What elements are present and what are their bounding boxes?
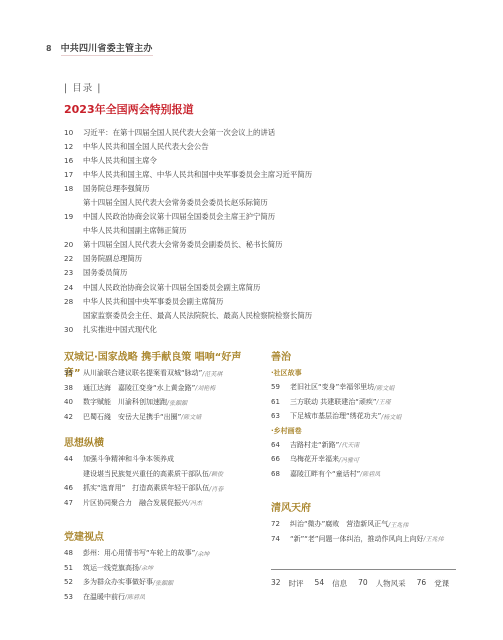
section-title-shanzhi: 善治	[271, 350, 481, 366]
entry-page: 47	[64, 499, 83, 507]
footer-page: 70	[358, 578, 368, 589]
entry-page: 72	[271, 520, 290, 528]
footer-page: 76	[417, 578, 427, 589]
entry-page: 59	[271, 383, 290, 391]
entry-author: /余坤	[195, 549, 209, 558]
toc-entry[interactable]: 48彭州：用心用情书写“车轮上的故事”/余坤	[64, 546, 254, 561]
entry-title: 吉路村走“新路”	[290, 440, 339, 450]
toc-entry[interactable]: 74“新”“老”问题一体纠治，推动作风向上向好/王兆伟	[271, 532, 481, 547]
toc-entry[interactable]: 20第十四届全国人民代表大会常务委员会副委员长、秘书长简历	[64, 238, 464, 252]
entry-author: /张銦銦	[167, 398, 187, 407]
spacer	[271, 481, 481, 501]
entry-page: 42	[64, 413, 83, 421]
toc-entry[interactable]: 66乌梅花开幸福来/冯雅可	[271, 452, 481, 467]
entry-title: 扎实推进中国式现代化	[83, 324, 157, 335]
toc-entry[interactable]: 35从川渝联合建议联名提案看双城“脉动”/范芙琪	[64, 366, 254, 381]
entry-page: 22	[64, 254, 83, 263]
entry-page: 10	[64, 128, 83, 137]
entry-author: /陈文娟	[374, 383, 394, 392]
entry-author: /余坤	[139, 563, 153, 572]
entry-author: /冯雅可	[339, 455, 359, 464]
entry-title: 建设堪当民族复兴重任的高素质干部队伍	[83, 469, 209, 479]
page-number: 8	[46, 44, 52, 53]
toc-entry[interactable]: 44加强斗争精神和斗争本领养成	[64, 452, 254, 467]
entry-page: 19	[64, 212, 83, 221]
entry-page: 51	[64, 564, 83, 572]
entry-page: 61	[271, 398, 290, 406]
entry-title: 中华人民共和国主席令	[83, 155, 157, 166]
toc-entry[interactable]: 中华人民共和国副主席韩正简历	[64, 224, 464, 238]
toc-entry[interactable]: 17中华人民共和国主席、中华人民共和国中央军事委员会主席习近平简历	[64, 167, 464, 181]
section-title-dangjian: 党建视点	[64, 530, 254, 546]
entry-page: 18	[64, 184, 83, 193]
entry-title: 国务院副总理简历	[83, 253, 142, 264]
toc-entry[interactable]: 24中国人民政治协商会议第十四届全国委员会副主席简历	[64, 280, 464, 294]
entry-author: /代天南	[339, 440, 359, 449]
entry-author: /陈碧凤	[125, 592, 145, 601]
entry-page: 40	[64, 398, 83, 406]
entry-title: 中华人民共和国中央军事委员会副主席简历	[83, 296, 223, 307]
toc-entry[interactable]: 国家监察委员会主任、最高人民法院院长、最高人民检察院检察长简历	[64, 308, 464, 322]
toc-entry[interactable]: 10习近平：在第十四届全国人民代表大会第一次会议上的讲话	[64, 125, 464, 139]
entry-title: 片区协同聚合力 融合发展促振兴	[83, 498, 188, 508]
toc-entry[interactable]: 30扎实推进中国式现代化	[64, 322, 464, 336]
toc-entry[interactable]: 16中华人民共和国主席令	[64, 153, 464, 167]
toc-entry[interactable]: 19中国人民政治协商会议第十四届全国委员会主席王沪宁简历	[64, 210, 464, 224]
footer-label: 时评	[289, 578, 304, 589]
entry-page: 53	[64, 593, 83, 601]
toc-entry[interactable]: 第十四届全国人民代表大会常务委员会委员长赵乐际简历	[64, 195, 464, 209]
entry-title: 从川渝联合建议联名提案看双城“脉动”	[83, 368, 202, 378]
entry-author: /范芙琪	[202, 369, 222, 378]
toc-entry[interactable]: 建设堪当民族复兴重任的高素质干部队伍/赖俊	[64, 467, 254, 482]
entry-title: 加强斗争精神和斗争本领养成	[83, 454, 174, 464]
section-title-shuangchengji: 双城记·国家战略 携手献良策 唱响“好声音”	[64, 350, 254, 366]
toc-entry[interactable]: 53在温暖中前行/陈碧凤	[64, 590, 254, 605]
entry-author: /张銦銦	[153, 578, 173, 587]
page-header: 8 中共四川省委主管主办	[46, 41, 153, 56]
left-column: 双城记·国家战略 携手献良策 唱响“好声音” 35从川渝联合建议联名提案看双城“…	[64, 350, 254, 604]
entry-title: 彭州：用心用情书写“车轮上的故事”	[83, 548, 195, 558]
entry-title: 中华人民共和国主席、中华人民共和国中央军事委员会主席习近平简历	[83, 169, 312, 180]
entry-title: 第十四届全国人民代表大会常务委员会副委员长、秘书长简历	[83, 239, 283, 250]
entry-page: 44	[64, 455, 83, 463]
toc-entry[interactable]: 12中华人民共和国全国人民代表大会公告	[64, 139, 464, 153]
entry-page: 63	[271, 412, 290, 420]
entry-title: 在温暖中前行	[83, 592, 125, 602]
toc-entry[interactable]: 18国务院总理李强简历	[64, 181, 464, 195]
entry-author: /王瑾	[376, 397, 390, 406]
entry-title: 筑运一线党旗高扬	[83, 563, 139, 573]
entry-page: 38	[64, 384, 83, 392]
footer-page: 32	[271, 578, 281, 589]
toc-entry[interactable]: 52多为群众办实事做好事/张銦銦	[64, 575, 254, 590]
toc-entry[interactable]: 59老旧社区“变身”幸福邻里坊/陈文娟	[271, 380, 481, 395]
section-title-sixiang: 思想纵横	[64, 436, 254, 452]
toc-label: | 目录 |	[64, 80, 101, 94]
entry-title: 中国人民政治协商会议第十四届全国委员会副主席简历	[83, 282, 260, 293]
footer-nav: 32时评 54信息 70人物风采 76党课	[271, 578, 460, 589]
entry-author: /王兆伟	[388, 520, 408, 529]
toc-entry[interactable]: 42巴蜀石綫 安岳大足携手“出圈”/陈文婧	[64, 410, 254, 425]
entry-page: 12	[64, 142, 83, 151]
entry-title: 巴蜀石綫 安岳大足携手“出圈”	[83, 412, 181, 422]
toc-entry[interactable]: 51筑运一线党旗高扬/余坤	[64, 561, 254, 576]
entry-title: 国家监察委员会主任、最高人民法院院长、最高人民检察院检察长简历	[83, 310, 312, 321]
entry-title: 老旧社区“变身”幸福邻里坊	[290, 382, 374, 392]
toc-entry[interactable]: 63下足城市基层治理“绣花功夫”/杨文娟	[271, 409, 481, 424]
entry-title: 下足城市基层治理“绣花功夫”	[290, 411, 381, 421]
toc-entry[interactable]: 47片区协同聚合力 融合发展促振兴/冯杰	[64, 496, 254, 511]
toc-entry[interactable]: 22国务院副总理简历	[64, 252, 464, 266]
entry-page: 46	[64, 484, 83, 492]
entry-page: 35	[64, 369, 83, 377]
entry-author: /肖春	[209, 484, 223, 493]
entry-page: 16	[64, 156, 83, 165]
entry-title: 中国人民政治协商会议第十四届全国委员会主席王沪宁简历	[83, 211, 275, 222]
entry-author: /陈文婧	[181, 412, 201, 421]
spacer	[64, 424, 254, 436]
entry-author: /冯杰	[188, 498, 202, 507]
entry-page: 20	[64, 240, 83, 249]
toc-entry[interactable]: 28中华人民共和国中央军事委员会副主席简历	[64, 294, 464, 308]
footer-label: 人物风采	[376, 578, 406, 589]
entry-page: 74	[271, 535, 290, 543]
entry-title: 乌梅花开幸福来	[290, 454, 339, 464]
footer-item-shiping[interactable]: 32时评	[271, 578, 304, 589]
entry-title: 抓实“选育用” 打造高素质年轻干部队伍	[83, 483, 209, 493]
subsection-title-xiangcun: ·乡村画卷	[271, 424, 481, 438]
subsection-title-shequ: ·社区故事	[271, 366, 481, 380]
toc-entry[interactable]: 40数字赋能 川渝科创加速跑/张銦銦	[64, 395, 254, 410]
toc-entry[interactable]: 72纠治“微办”腐败 营造新风正气/王兆伟	[271, 517, 481, 532]
entry-page: 17	[64, 170, 83, 179]
entry-page: 30	[64, 325, 83, 334]
spacer	[64, 510, 254, 530]
special-section-list: 10习近平：在第十四届全国人民代表大会第一次会议上的讲话 12中华人民共和国全国…	[64, 125, 464, 336]
footer-item-renwu[interactable]: 70人物风采	[358, 578, 406, 589]
toc-entry[interactable]: 64吉路村走“新路”/代天南	[271, 438, 481, 453]
toc-entry[interactable]: 46抓实“选育用” 打造高素质年轻干部队伍/肖春	[64, 481, 254, 496]
section-title-qingfeng: 清风天府	[271, 501, 481, 517]
toc-entry[interactable]: 61三方联动 共建联建治“顽疾”/王瑾	[271, 395, 481, 410]
entry-title: 通江达海 嘉陵江变身“水上黄金路”	[83, 383, 195, 393]
entry-page: 52	[64, 578, 83, 586]
footer-item-xinxi[interactable]: 54信息	[315, 578, 348, 589]
footer-divider	[271, 569, 456, 570]
footer-label: 党课	[434, 578, 449, 589]
entry-title: 第十四届全国人民代表大会常务委员会委员长赵乐际简历	[83, 197, 268, 208]
entry-title: 嘉陵江畔有个“童话村”	[290, 469, 360, 479]
entry-author: /刘艳梅	[195, 383, 215, 392]
publication-title: 中共四川省委主管主办	[61, 41, 153, 56]
entry-page: 23	[64, 268, 83, 277]
entry-title: 纠治“微办”腐败 营造新风正气	[290, 519, 388, 529]
toc-entry[interactable]: 23国务委员简历	[64, 266, 464, 280]
toc-entry[interactable]: 38通江达海 嘉陵江变身“水上黄金路”/刘艳梅	[64, 381, 254, 396]
entry-title: 数字赋能 川渝科创加速跑	[83, 397, 167, 407]
entry-page: 48	[64, 549, 83, 557]
entry-author: /王兆伟	[424, 534, 444, 543]
entry-page: 28	[64, 297, 83, 306]
entry-title: 国务院总理李强简历	[83, 183, 150, 194]
entry-page: 66	[271, 455, 290, 463]
entry-title: “新”“老”问题一体纠治，推动作风向上向好	[290, 534, 424, 544]
footer-item-dangke[interactable]: 76党课	[417, 578, 450, 589]
entry-title: 三方联动 共建联建治“顽疾”	[290, 397, 376, 407]
entry-page: 68	[271, 470, 290, 478]
footer-page: 54	[315, 578, 325, 589]
entry-author: /赖俊	[209, 469, 223, 478]
entry-author: /陈碧凤	[360, 469, 380, 478]
entry-author: /杨文娟	[381, 412, 401, 421]
entry-title: 习近平：在第十四届全国人民代表大会第一次会议上的讲话	[83, 127, 275, 138]
entry-title: 中华人民共和国全国人民代表大会公告	[83, 141, 209, 152]
special-section-title: 2023年全国两会特别报道	[64, 101, 194, 117]
entry-title: 国务委员简历	[83, 267, 127, 278]
entry-title: 中华人民共和国副主席韩正简历	[83, 225, 186, 236]
entry-title: 多为群众办实事做好事	[83, 577, 153, 587]
entry-page: 24	[64, 283, 83, 292]
entry-page: 64	[271, 441, 290, 449]
right-column: 善治 ·社区故事 59老旧社区“变身”幸福邻里坊/陈文娟 61三方联动 共建联建…	[271, 350, 481, 546]
footer-label: 信息	[332, 578, 347, 589]
toc-entry[interactable]: 68嘉陵江畔有个“童话村”/陈碧凤	[271, 467, 481, 482]
